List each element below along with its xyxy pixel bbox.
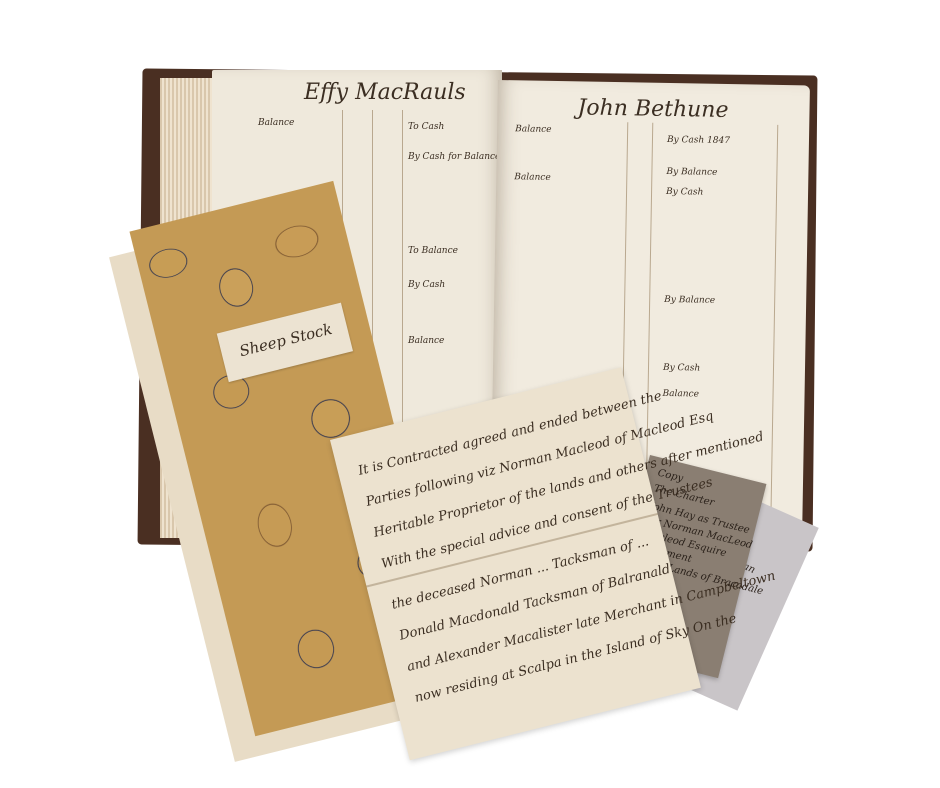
right-page-title: John Bethune xyxy=(577,95,728,123)
ledger-entry: By Balance xyxy=(666,167,717,178)
notebook-label-text: Sheep Stock xyxy=(238,320,334,360)
ledger-entry: Balance xyxy=(408,336,444,346)
photo-scene: Effy MacRauls Balance To Cash By Cash fo… xyxy=(0,0,940,788)
ledger-entry: By Balance xyxy=(664,295,715,306)
ledger-entry: By Cash xyxy=(408,280,445,290)
ledger-entry: By Cash 1847 xyxy=(667,135,730,146)
ledger-entry: To Cash xyxy=(408,122,444,132)
ledger-entry: By Cash xyxy=(663,363,700,374)
ledger-entry: Balance xyxy=(515,124,552,135)
left-page-title: Effy MacRauls xyxy=(304,80,466,105)
ledger-entry: By Cash for Balance xyxy=(408,152,500,162)
notebook-label: Sheep Stock xyxy=(217,303,353,382)
ledger-entry: Balance xyxy=(258,118,294,128)
ledger-entry: To Balance xyxy=(408,246,458,256)
ledger-entry: Balance xyxy=(662,389,699,400)
ledger-entry: Balance xyxy=(514,172,551,183)
ledger-entry: By Cash xyxy=(666,187,703,198)
